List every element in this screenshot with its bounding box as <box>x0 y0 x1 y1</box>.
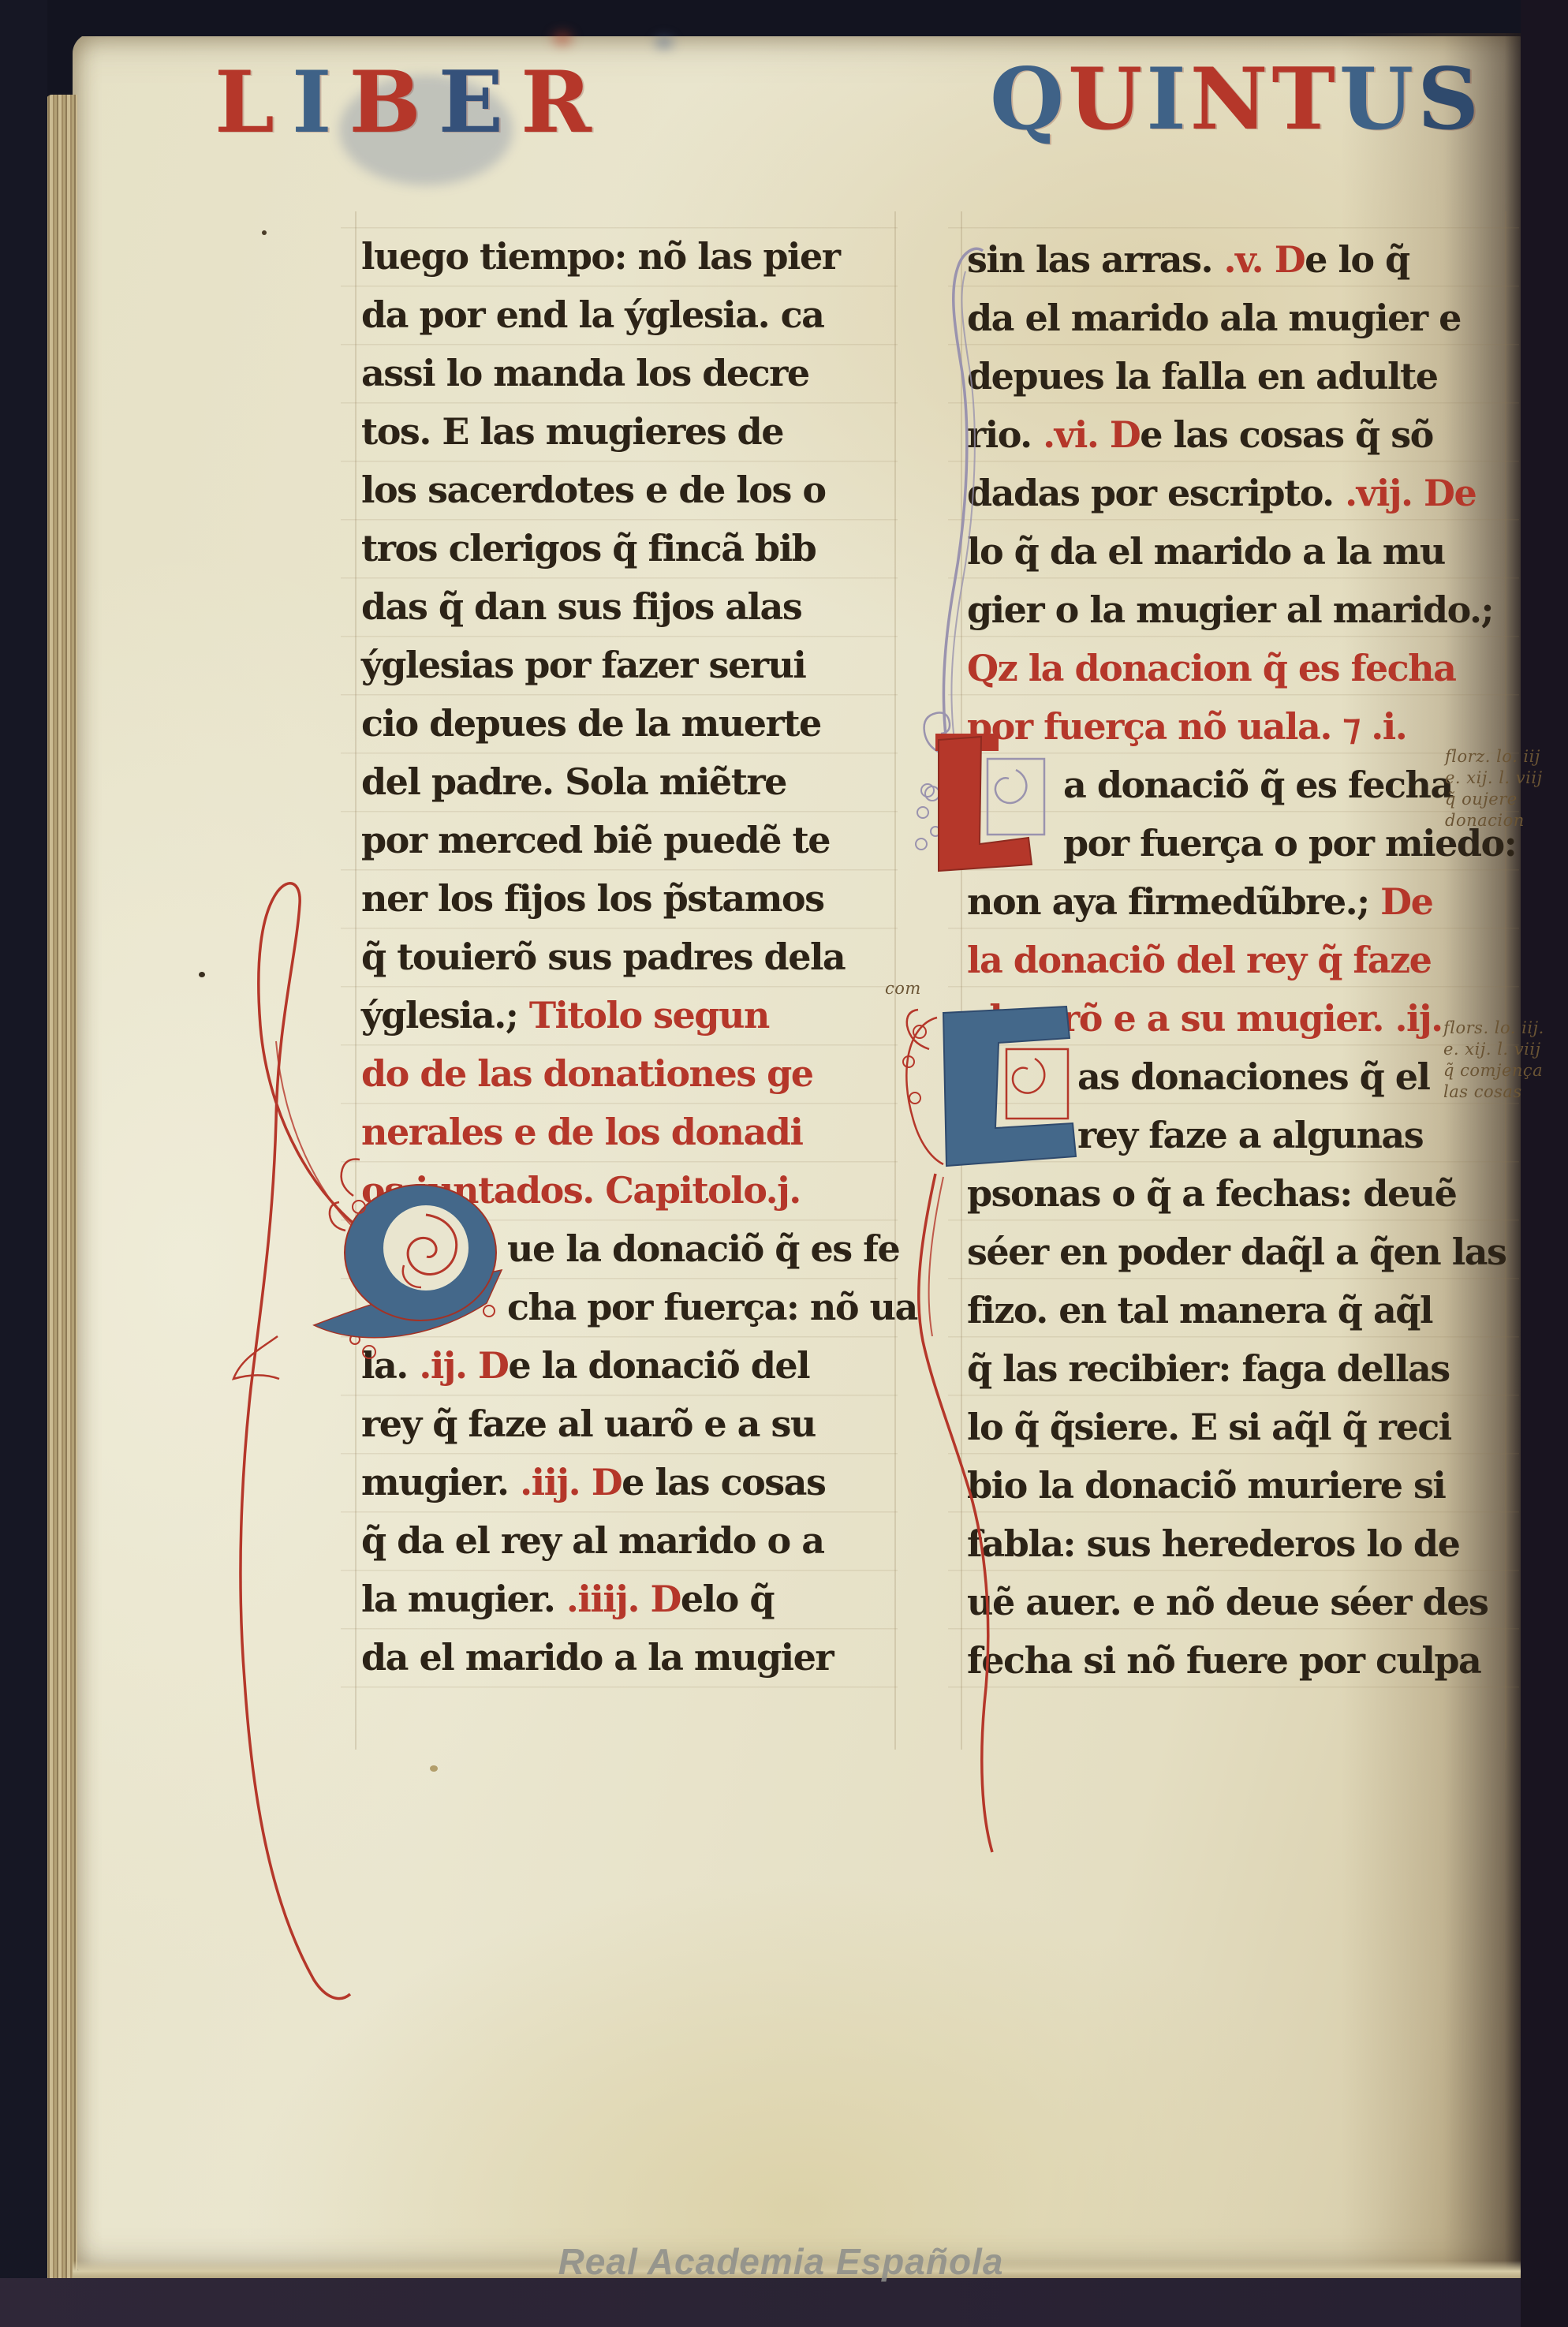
text-segment: al uarõ e a su mugier. .ij. <box>967 997 1443 1040</box>
text-segment: ner los fijos los p̃stamos <box>361 877 823 920</box>
parchment-speck <box>199 972 205 977</box>
text-segment: De <box>1380 880 1432 923</box>
text-segment: la. <box>361 1344 419 1387</box>
gloss-line: donacion <box>1445 810 1543 831</box>
text-line: da el marido ala mugier e <box>967 292 1519 350</box>
text-segment: q̃ da el rey al marido o a <box>361 1519 824 1562</box>
text-segment: tros clerigos q̃ fincã bib <box>361 527 816 570</box>
text-line: sin las arras. .v. De lo q̃ <box>967 233 1519 292</box>
gloss-line: com <box>885 978 921 999</box>
text-line: lo q̃ q̃siere. E si aq̃l q̃ reci <box>967 1401 1519 1459</box>
parchment-speck <box>262 230 267 235</box>
text-segment: D <box>1110 413 1140 456</box>
column-rule <box>961 211 962 1750</box>
text-line: das q̃ dan sus fijos alas <box>361 581 898 639</box>
text-line: cha por fuerça: nõ ua <box>361 1281 898 1339</box>
text-line: lo q̃ da el marido a la mu <box>967 525 1519 584</box>
text-line: luego tiempo: nõ las pier <box>361 230 898 289</box>
marginal-gloss: florz. lo. iije. xij. l. viijq̃ oujeredo… <box>1445 746 1543 831</box>
text-segment: psonas o q̃ a fechas: deuẽ <box>967 1172 1456 1215</box>
text-segment: por fuerça nõ uala. ⁊ .i. <box>967 705 1406 748</box>
text-segment: da el marido ala mugier e <box>967 297 1461 339</box>
watermark-label: Real Academia Española <box>465 2240 1096 2283</box>
text-segment: elo q̃ <box>681 1578 774 1620</box>
text-line: da el marido a la mugier <box>361 1631 898 1690</box>
text-segment: da el marido a la mugier <box>361 1636 833 1679</box>
text-line: os iuntados. Capitolo.j. <box>361 1164 898 1223</box>
text-segment: séer en poder daq̃l a q̃en las <box>967 1231 1506 1273</box>
text-segment: los sacerdotes e de los o <box>361 469 826 511</box>
text-segment: Titolo segun <box>529 994 769 1037</box>
text-segment: tos. E las mugieres de <box>361 410 783 453</box>
text-line: ner los fijos los p̃stamos <box>361 872 898 931</box>
text-line: as donaciones q̃ el <box>967 1051 1519 1109</box>
text-segment: luego tiempo: nõ las pier <box>361 235 840 278</box>
header-letter: I <box>292 55 332 150</box>
text-segment: rey faze a algunas <box>1077 1114 1423 1156</box>
text-line: do de las donationes ge <box>361 1048 898 1106</box>
text-line: non aya firmedũbre.; De <box>967 876 1519 934</box>
text-line: depues la falla en adulte <box>967 350 1519 409</box>
text-segment: uẽ auer. e nõ deue séer des <box>967 1581 1488 1623</box>
header-letter: R <box>521 55 592 150</box>
header-letter: I <box>1146 52 1186 147</box>
text-line: rio. .vi. De las cosas q̃ sõ <box>967 409 1519 467</box>
text-segment: del padre. Sola miẽtre <box>361 760 786 803</box>
header-letter: U <box>1068 52 1142 147</box>
text-line: al uarõ e a su mugier. .ij. <box>967 992 1519 1051</box>
text-line: fizo. en tal manera q̃ aq̃l <box>967 1284 1519 1343</box>
text-line: fecha si nõ fuere por culpa <box>967 1634 1519 1693</box>
text-line: Qz la donacion q̃ es fecha <box>967 642 1519 700</box>
background-left <box>0 0 47 2327</box>
text-segment: D <box>592 1461 622 1503</box>
text-line: cio depues de la muerte <box>361 697 898 756</box>
text-line: uẽ auer. e nõ deue séer des <box>967 1576 1519 1634</box>
text-segment: rio. <box>967 413 1043 456</box>
text-segment: assi lo manda los decre <box>361 352 809 394</box>
gloss-line: e. xij. l. viij <box>1445 768 1543 789</box>
column-rule <box>355 211 357 1750</box>
text-line: del padre. Sola miẽtre <box>361 756 898 814</box>
text-line: q̃ da el rey al marido o a <box>361 1515 898 1573</box>
gloss-line: flors. lo. iij. <box>1443 1018 1544 1039</box>
header-letter: B <box>349 55 420 150</box>
text-segment: ýglesia.; <box>361 994 529 1037</box>
text-segment: q̃ touierõ sus padres dela <box>361 936 845 978</box>
header-letter: E <box>439 55 503 150</box>
parchment-stain <box>430 1765 438 1772</box>
text-segment: .vi. <box>1043 413 1110 456</box>
text-line: bio la donaciõ muriere si <box>967 1459 1519 1518</box>
gloss-line: q̃ comjença <box>1443 1060 1544 1081</box>
text-segment: lo q̃ q̃siere. E si aq̃l q̃ reci <box>967 1406 1451 1448</box>
text-segment: non aya firmedũbre.; <box>967 880 1380 923</box>
text-segment: mugier. <box>361 1461 520 1503</box>
text-line: rey faze a algunas <box>967 1109 1519 1167</box>
text-segment: depues la falla en adulte <box>967 355 1438 398</box>
text-line: dadas por escripto. .vij. De <box>967 467 1519 525</box>
text-segment: fizo. en tal manera q̃ aq̃l <box>967 1289 1432 1332</box>
text-line: assi lo manda los decre <box>361 347 898 405</box>
text-line: tros clerigos q̃ fincã bib <box>361 522 898 581</box>
text-line: la. .ij. De la donaciõ del <box>361 1339 898 1398</box>
text-line: a donaciõ q̃ es fecha <box>967 759 1519 817</box>
text-line: ýglesia.; Titolo segun <box>361 989 898 1048</box>
text-segment: os iuntados. Capitolo.j. <box>361 1169 801 1212</box>
text-segment: ue la donaciõ q̃ es fe <box>507 1227 899 1270</box>
header-letter: U <box>1339 52 1413 147</box>
text-segment: dadas por escripto. <box>967 472 1345 514</box>
header-letter: Q <box>990 52 1064 147</box>
text-segment: do de las donationes ge <box>361 1052 813 1095</box>
text-line: ue la donaciõ q̃ es fe <box>361 1223 898 1281</box>
text-segment: as donaciones q̃ el <box>1077 1055 1430 1098</box>
text-segment: fabla: sus herederos lo de <box>967 1522 1459 1565</box>
background-bottom <box>0 2278 1568 2327</box>
text-segment: .vij. De <box>1345 472 1476 514</box>
text-segment: e lo q̃ <box>1305 238 1409 281</box>
text-segment: D <box>650 1578 680 1620</box>
text-segment: q̃ las recibier: faga dellas <box>967 1347 1450 1390</box>
text-line: por merced biẽ puedẽ te <box>361 814 898 872</box>
text-line: los sacerdotes e de los o <box>361 464 898 522</box>
text-line: q̃ las recibier: faga dellas <box>967 1343 1519 1401</box>
text-line: rey q̃ faze al uarõ e a su <box>361 1398 898 1456</box>
text-segment: lo q̃ da el marido a la mu <box>967 530 1445 573</box>
text-line: por fuerça o por miedo: <box>967 817 1519 876</box>
book-page-edges <box>46 95 77 2288</box>
text-segment: .v. <box>1224 238 1275 281</box>
gloss-line: q̃ oujere <box>1445 789 1543 810</box>
text-segment: ýglesias por fazer serui <box>361 644 805 686</box>
background-top <box>0 0 1568 36</box>
ink-speck <box>552 32 573 46</box>
manuscript-photo: LIBER QUINTUS luego tiempo: nõ las pierd… <box>0 0 1568 2327</box>
header-left: LIBER <box>215 55 592 150</box>
text-line: q̃ touierõ sus padres dela <box>361 931 898 989</box>
text-segment: cha por fuerça: nõ ua <box>507 1286 917 1328</box>
text-segment: e las cosas <box>622 1461 825 1503</box>
text-segment: fecha si nõ fuere por culpa <box>967 1639 1480 1682</box>
header-letter: N <box>1190 52 1268 147</box>
text-line: fabla: sus herederos lo de <box>967 1518 1519 1576</box>
text-line: ýglesias por fazer serui <box>361 639 898 697</box>
text-segment: e la donaciõ del <box>508 1344 809 1387</box>
text-segment: .ij. <box>419 1344 478 1387</box>
gloss-line: las cosas <box>1443 1081 1544 1103</box>
text-segment: cio depues de la muerte <box>361 702 821 745</box>
text-segment: la donaciõ del rey q̃ faze <box>967 939 1431 981</box>
text-line: nerales e de los donadi <box>361 1106 898 1164</box>
text-segment: e las cosas q̃ sõ <box>1140 413 1433 456</box>
text-column-left: luego tiempo: nõ las pierda por end la ý… <box>361 230 898 1690</box>
text-line: mugier. .iij. De las cosas <box>361 1456 898 1515</box>
text-segment: .iij. <box>520 1461 592 1503</box>
text-segment: das q̃ dan sus fijos alas <box>361 585 801 628</box>
header-letter: L <box>215 55 274 150</box>
text-line: la mugier. .iiij. Delo q̃ <box>361 1573 898 1631</box>
text-segment: .iiij. <box>566 1578 651 1620</box>
text-line: psonas o q̃ a fechas: deuẽ <box>967 1167 1519 1226</box>
text-segment: rey q̃ faze al uarõ e a su <box>361 1403 816 1445</box>
background-right <box>1521 0 1568 2327</box>
text-segment: por merced biẽ puedẽ te <box>361 819 830 861</box>
header-right: QUINTUS <box>990 52 1479 147</box>
text-segment: D <box>1275 238 1305 281</box>
header-letter: S <box>1417 52 1479 147</box>
marginal-gloss: com <box>885 978 921 999</box>
text-line: la donaciõ del rey q̃ faze <box>967 934 1519 992</box>
text-line: por fuerça nõ uala. ⁊ .i. <box>967 700 1519 759</box>
text-segment: bio la donaciõ muriere si <box>967 1464 1445 1507</box>
text-segment: nerales e de los donadi <box>361 1111 802 1153</box>
text-segment: da por end la ýglesia. ca <box>361 293 823 336</box>
gloss-line: e. xij. l. viij <box>1443 1039 1544 1060</box>
gloss-line: florz. lo. iij <box>1445 746 1543 768</box>
text-segment: gier o la mugier al marido.; <box>967 588 1493 631</box>
text-segment: Qz la donacion q̃ es fecha <box>967 647 1455 689</box>
text-segment: a donaciõ q̃ es fecha <box>1063 764 1453 806</box>
ink-speck <box>655 36 674 49</box>
header-letter: T <box>1272 52 1335 147</box>
text-segment: la mugier. <box>361 1578 566 1620</box>
text-segment: sin las arras. <box>967 238 1224 281</box>
text-line: tos. E las mugieres de <box>361 405 898 464</box>
text-line: da por end la ýglesia. ca <box>361 289 898 347</box>
text-line: séer en poder daq̃l a q̃en las <box>967 1226 1519 1284</box>
text-line: gier o la mugier al marido.; <box>967 584 1519 642</box>
marginal-gloss: flors. lo. iij.e. xij. l. viijq̃ comjenç… <box>1443 1018 1544 1103</box>
text-column-right: sin las arras. .v. De lo q̃da el marido … <box>967 233 1519 1693</box>
text-segment: D <box>478 1344 508 1387</box>
